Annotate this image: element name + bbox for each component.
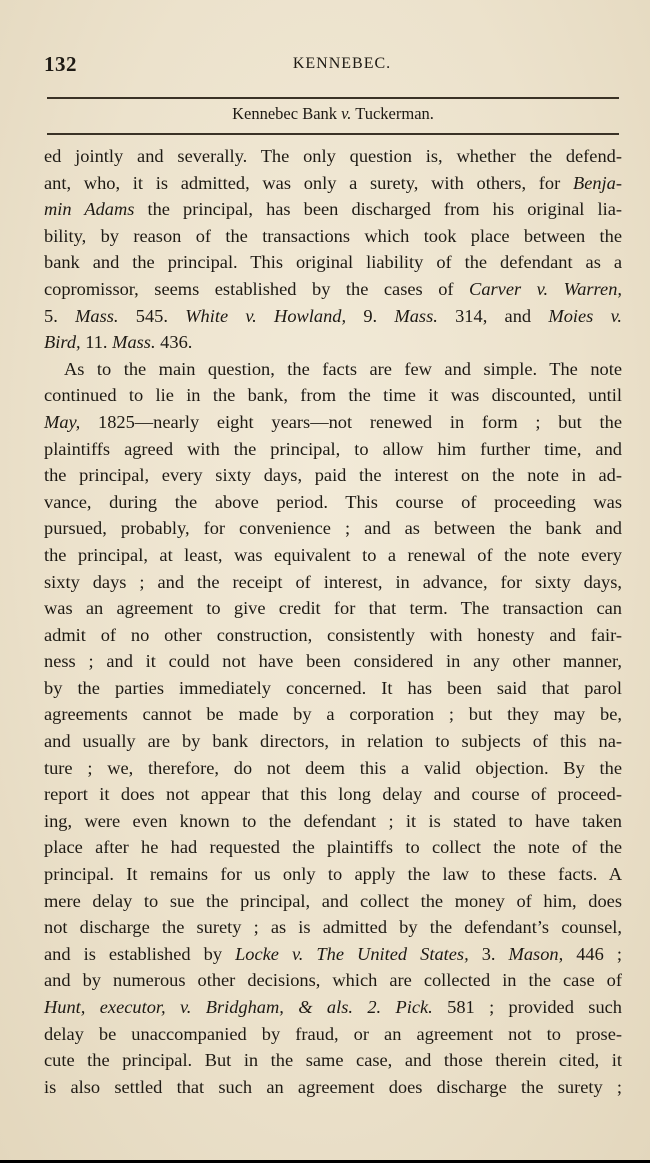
text-line: ture ; we, therefore, do not deem this a… xyxy=(44,755,622,782)
text-line: 5. Mass. 545. White v. Howland, 9. Mass.… xyxy=(44,303,622,330)
text-segment: pursued, probably, for convenience ; and… xyxy=(44,518,622,538)
italic-citation: May, xyxy=(44,412,80,432)
text-segment: was an agreement to give credit for that… xyxy=(44,598,622,618)
text-line: was an agreement to give credit for that… xyxy=(44,595,622,622)
text-segment: plaintiffs agreed with the principal, to… xyxy=(44,439,622,459)
bottom-rule xyxy=(47,133,619,135)
text-segment: and usually are by bank directors, in re… xyxy=(44,731,622,751)
text-segment: 11. xyxy=(81,332,113,352)
text-segment: sixty days ; and the receipt of interest… xyxy=(44,572,622,592)
text-line: ing, were even known to the defendant ; … xyxy=(44,808,622,835)
text-segment: 545. xyxy=(119,306,186,326)
text-segment: bank and the principal. This original li… xyxy=(44,252,622,272)
text-line: plaintiffs agreed with the principal, to… xyxy=(44,436,622,463)
case-title: Kennebec Bank v. Tuckerman. xyxy=(47,104,619,124)
section-title: KENNEBEC. xyxy=(44,55,620,73)
text-line: is also settled that such an agreement d… xyxy=(44,1074,622,1101)
text-segment: ness ; and it could not have been consid… xyxy=(44,651,622,671)
book-page: 132 KENNEBEC. Kennebec Bank v. Tuckerman… xyxy=(0,0,650,1160)
text-line: not discharge the surety ; as is admitte… xyxy=(44,914,622,941)
text-segment: ing, were even known to the defendant ; … xyxy=(44,811,622,831)
italic-citation: Hunt, executor, v. Bridgham, & als. 2. P… xyxy=(44,997,433,1017)
text-segment: vance, during the above period. This cou… xyxy=(44,492,622,512)
text-segment: 446 ; xyxy=(563,944,622,964)
text-line: vance, during the above period. This cou… xyxy=(44,489,622,516)
italic-citation: Moies v. xyxy=(548,306,622,326)
text-line: the principal, at least, was equivalent … xyxy=(44,542,622,569)
text-segment: place after he had requested the plainti… xyxy=(44,837,622,857)
text-line: ed jointly and severally. The only quest… xyxy=(44,143,622,170)
italic-citation: Benja- xyxy=(573,173,622,193)
text-segment: 581 ; provided such xyxy=(433,997,622,1017)
text-line: pursued, probably, for convenience ; and… xyxy=(44,515,622,542)
text-segment: the principal, at least, was equivalent … xyxy=(44,545,622,565)
text-segment: report it does not appear that this long… xyxy=(44,784,622,804)
text-line: Bird, 11. Mass. 436. xyxy=(44,329,622,356)
text-line: agreements cannot be made by a corporati… xyxy=(44,701,622,728)
body-text: ed jointly and severally. The only quest… xyxy=(44,143,622,1100)
text-line: the principal, every sixty days, paid th… xyxy=(44,462,622,489)
italic-citation: Bird, xyxy=(44,332,81,352)
text-line: by the parties immediately concerned. It… xyxy=(44,675,622,702)
italic-citation: White v. Howland, xyxy=(185,306,346,326)
italic-citation: Mass. xyxy=(112,332,155,352)
text-line: Hunt, executor, v. Bridgham, & als. 2. P… xyxy=(44,994,622,1021)
text-segment: 9. xyxy=(346,306,394,326)
text-line: admit of no other construction, consiste… xyxy=(44,622,622,649)
text-line: sixty days ; and the receipt of interest… xyxy=(44,569,622,596)
text-segment: 1825—nearly eight years—not renewed in f… xyxy=(80,412,622,432)
text-segment: principal. It remains for us only to app… xyxy=(44,864,622,884)
italic-citation: Carver v. Warren, xyxy=(469,279,622,299)
text-segment: the principal, has been discharged from … xyxy=(134,199,622,219)
text-line: report it does not appear that this long… xyxy=(44,781,622,808)
text-line: ant, who, it is admitted, was only a sur… xyxy=(44,170,622,197)
text-line: delay be unaccompanied by fraud, or an a… xyxy=(44,1021,622,1048)
text-line: copromissor, seems established by the ca… xyxy=(44,276,622,303)
text-line: and by numerous other decisions, which a… xyxy=(44,967,622,994)
text-line: As to the main question, the facts are f… xyxy=(44,356,622,383)
text-segment: not discharge the surety ; as is admitte… xyxy=(44,917,622,937)
text-line: ness ; and it could not have been consid… xyxy=(44,648,622,675)
text-line: May, 1825—nearly eight years—not renewed… xyxy=(44,409,622,436)
text-segment: 5. xyxy=(44,306,75,326)
running-head: 132 KENNEBEC. xyxy=(44,52,620,78)
italic-citation: Mason, xyxy=(509,944,564,964)
case-title-versus: v. xyxy=(341,104,351,123)
text-segment: delay be unaccompanied by fraud, or an a… xyxy=(44,1024,622,1044)
italic-citation: Locke v. The United States, xyxy=(235,944,469,964)
text-segment: 314, and xyxy=(438,306,549,326)
text-segment: agreements cannot be made by a corporati… xyxy=(44,704,622,724)
italic-citation: Mass. xyxy=(75,306,118,326)
text-segment: mere delay to sue the principal, and col… xyxy=(44,891,622,911)
text-segment: copromissor, seems established by the ca… xyxy=(44,279,469,299)
text-line: mere delay to sue the principal, and col… xyxy=(44,888,622,915)
text-line: bank and the principal. This original li… xyxy=(44,249,622,276)
text-segment: admit of no other construction, consiste… xyxy=(44,625,622,645)
text-segment: bility, by reason of the transactions wh… xyxy=(44,226,622,246)
text-line: bility, by reason of the transactions wh… xyxy=(44,223,622,250)
text-line: and is established by Locke v. The Unite… xyxy=(44,941,622,968)
case-title-defendant: Tuckerman. xyxy=(351,104,434,123)
case-title-plaintiff: Kennebec Bank xyxy=(232,104,341,123)
italic-citation: min Adams xyxy=(44,199,134,219)
text-segment: 3. xyxy=(469,944,509,964)
text-line: cute the principal. But in the same case… xyxy=(44,1047,622,1074)
text-line: min Adams the principal, has been discha… xyxy=(44,196,622,223)
text-segment: by the parties immediately concerned. It… xyxy=(44,678,622,698)
text-segment: 436. xyxy=(156,332,193,352)
italic-citation: Mass. xyxy=(394,306,437,326)
text-segment: ant, who, it is admitted, was only a sur… xyxy=(44,173,573,193)
text-segment: and is established by xyxy=(44,944,235,964)
text-segment: ture ; we, therefore, do not deem this a… xyxy=(44,758,622,778)
text-segment: is also settled that such an agreement d… xyxy=(44,1077,622,1097)
text-segment: cute the principal. But in the same case… xyxy=(44,1050,622,1070)
text-line: principal. It remains for us only to app… xyxy=(44,861,622,888)
text-line: and usually are by bank directors, in re… xyxy=(44,728,622,755)
text-segment: As to the main question, the facts are f… xyxy=(64,359,622,379)
text-segment: continued to lie in the bank, from the t… xyxy=(44,385,622,405)
text-segment: the principal, every sixty days, paid th… xyxy=(44,465,622,485)
top-rule xyxy=(47,97,619,99)
text-segment: ed jointly and severally. The only quest… xyxy=(44,146,622,166)
text-segment: and by numerous other decisions, which a… xyxy=(44,970,622,990)
text-line: place after he had requested the plainti… xyxy=(44,834,622,861)
text-line: continued to lie in the bank, from the t… xyxy=(44,382,622,409)
